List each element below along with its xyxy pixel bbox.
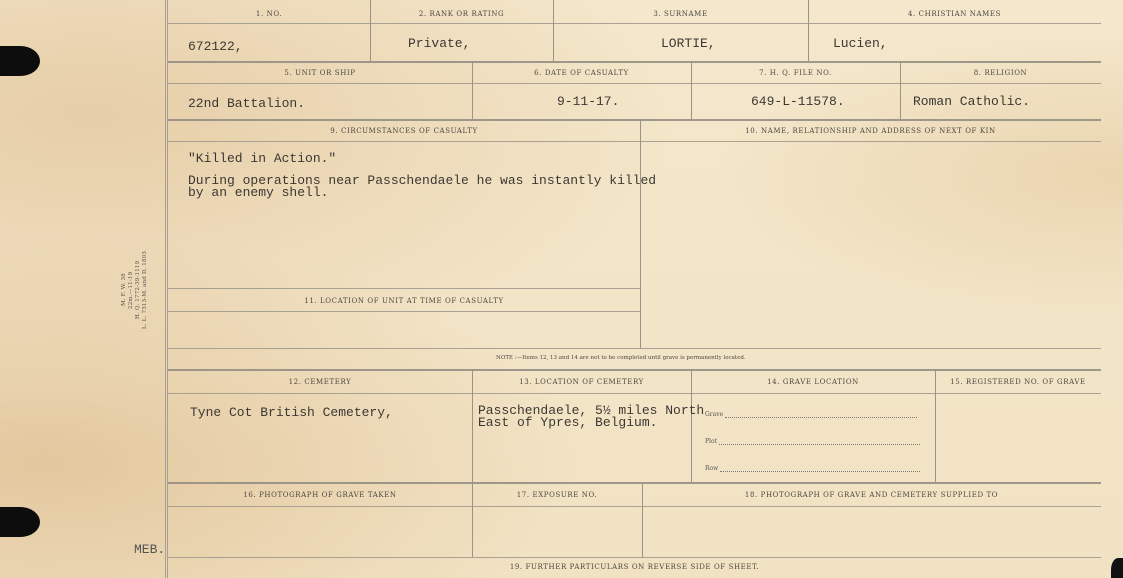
field-label-hq-file-no: 7. H. Q. File No. [691, 69, 900, 77]
margin-code: L. L. 7313-M. and D. 1803 [142, 251, 149, 329]
rule [168, 119, 1101, 121]
rule [168, 369, 1101, 371]
rule [640, 119, 641, 348]
rule [168, 141, 1101, 142]
margin-code: H. Q. 1772-39-1119 [135, 261, 142, 319]
rule [168, 311, 640, 312]
rule [168, 23, 1101, 24]
field-value-cemetery: Tyne Cot British Cemetery, [190, 405, 393, 420]
rule [168, 288, 640, 289]
field-label-surname: 3. Surname [553, 10, 808, 18]
field-label-registered-no: 15. Registered No. of Grave [935, 378, 1101, 386]
rule [168, 83, 1101, 84]
plot-line: Plot [705, 438, 920, 445]
grave-line: Grave [705, 411, 917, 418]
rule [168, 61, 1101, 63]
field-label-photo-supplied-to: 18. Photograph of Grave and Cemetery Sup… [642, 491, 1101, 499]
grave-label: Grave [705, 411, 723, 418]
field-label-rank: 2. Rank or Rating [370, 10, 553, 18]
row-label: Row [705, 465, 718, 472]
field-label-christian-names: 4. Christian Names [808, 10, 1101, 18]
field-value-no: 672122, [188, 39, 243, 54]
rule [168, 557, 1101, 558]
field-value-christian-names: Lucien, [833, 36, 888, 51]
field-label-unit: 5. Unit or Ship [168, 69, 472, 77]
rule [168, 482, 1101, 484]
casualty-form: 1. No. 672122, 2. Rank or Rating Private… [165, 0, 1098, 578]
rule [168, 506, 1101, 507]
field-label-location-of-cemetery: 13. Location of Cemetery [472, 378, 691, 386]
margin-code: M. F. W. 38 [121, 274, 128, 307]
field-label-circumstances: 9. Circumstances of Casualty [168, 127, 640, 135]
circumstances-line-1: "Killed in Action." [188, 151, 336, 166]
corner-mark [1111, 558, 1123, 578]
margin-print-codes: M. F. W. 38 22m.—11-19 H. Q. 1772-39-111… [112, 240, 158, 340]
rule [168, 348, 1101, 349]
completion-note: NOTE :—Items 12, 13 and 14 are not to be… [496, 355, 746, 361]
field-label-date-of-casualty: 6. Date of Casualty [472, 69, 691, 77]
further-particulars-note: 19. Further Particulars on Reverse Side … [168, 563, 1101, 571]
field-value-surname: LORTIE, [661, 36, 716, 51]
cemetery-location-line-2: East of Ypres, Belgium. [478, 415, 657, 430]
field-value-unit: 22nd Battalion. [188, 96, 305, 111]
punch-hole-top-icon [0, 46, 40, 76]
field-label-no: 1. No. [168, 10, 370, 18]
field-label-exposure-no: 17. Exposure No. [472, 491, 642, 499]
field-label-cemetery: 12. Cemetery [168, 378, 472, 386]
field-value-date-of-casualty: 9-11-17. [557, 94, 619, 109]
field-label-religion: 8. Religion [900, 69, 1101, 77]
circumstances-line-3: by an enemy shell. [188, 185, 328, 200]
field-label-next-of-kin: 10. Name, Relationship and Address of Ne… [640, 127, 1101, 135]
field-value-hq-file-no: 649-L-11578. [751, 94, 845, 109]
clerk-initials: MEB. [134, 542, 165, 557]
field-value-rank: Private, [408, 36, 470, 51]
field-value-religion: Roman Catholic. [913, 94, 1030, 109]
plot-label: Plot [705, 438, 717, 445]
field-label-grave-location: 14. Grave Location [691, 378, 935, 386]
margin-code: 22m.—11-19 [128, 271, 135, 308]
row-line: Row [705, 465, 920, 472]
field-label-photo-taken: 16. Photograph of Grave Taken [168, 491, 472, 499]
field-label-location-of-unit: 11. Location of Unit at Time of Casualty [168, 297, 640, 305]
punch-hole-bottom-icon [0, 507, 40, 537]
rule [168, 393, 1101, 394]
